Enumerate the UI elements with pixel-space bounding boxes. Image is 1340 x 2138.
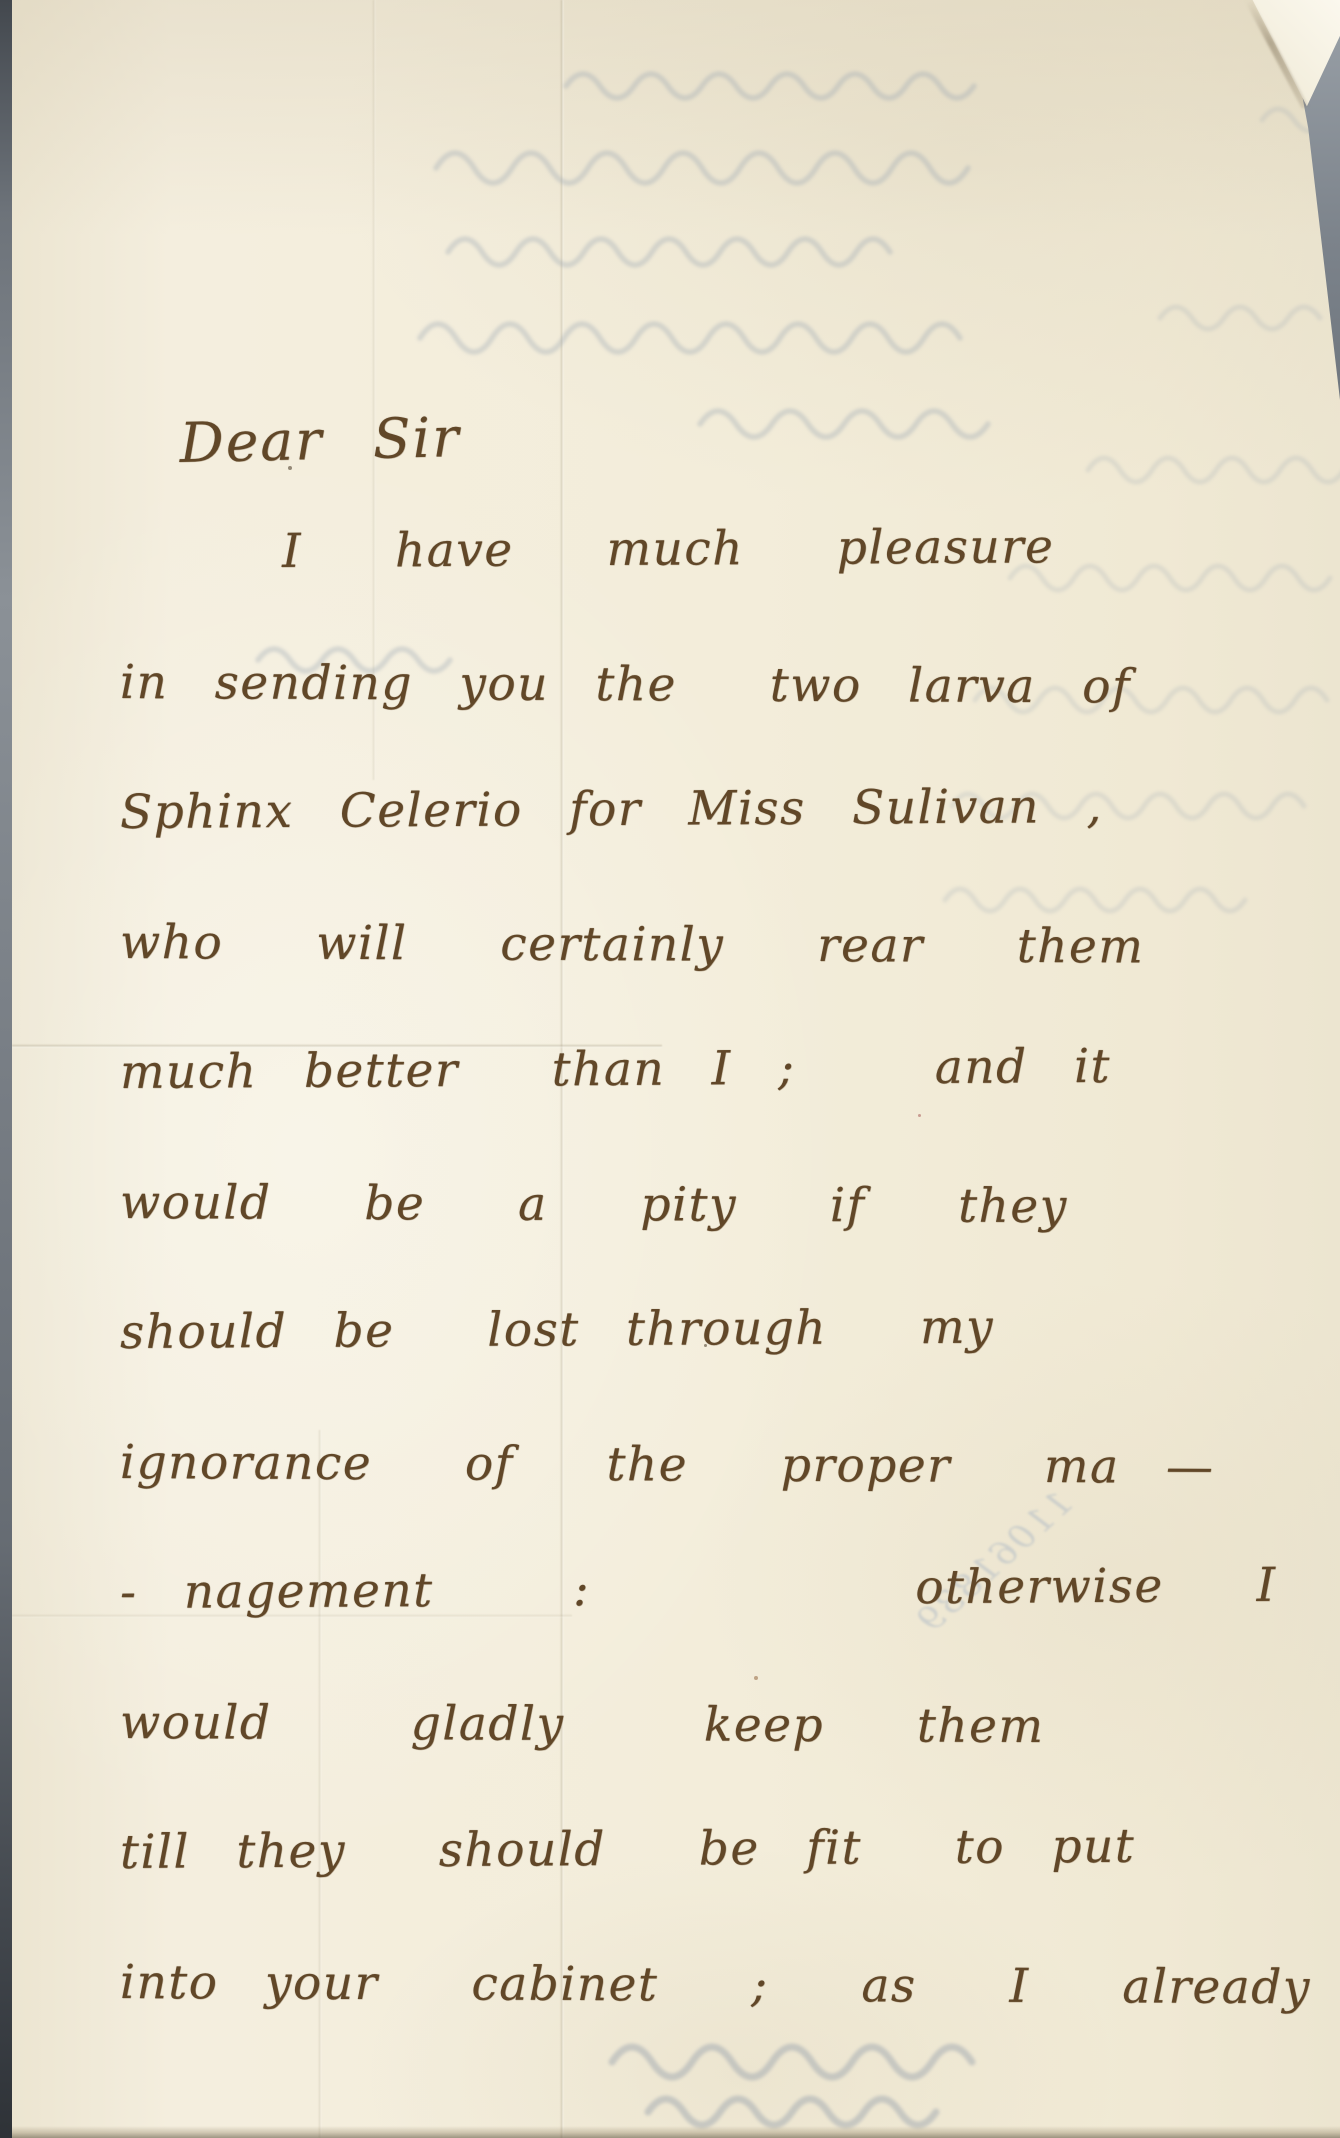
manuscript-line: till they should be fit to put <box>120 1781 1221 1918</box>
ink-speck <box>704 1344 707 1347</box>
manuscript-line: - nagement : otherwise I <box>120 1521 1221 1658</box>
manuscript-line: would gladly keep them <box>120 1658 1221 1793</box>
manuscript-line: ignorance of the proper ma — <box>120 1398 1221 1533</box>
manuscript-line: into your cabinet ; as I already <box>120 1918 1221 2053</box>
scan-background: 11061839 Dear Sir I have much pleasurein… <box>0 0 1340 2138</box>
letter-body: I have much pleasurein sending you the t… <box>120 488 1220 2048</box>
manuscript-line: who will certainly rear them <box>120 878 1221 1013</box>
ink-speck <box>918 1114 921 1117</box>
manuscript-line: I have much pleasure <box>120 481 1221 618</box>
ink-speck <box>754 1676 758 1680</box>
manuscript-line: would be a pity if they <box>120 1138 1221 1273</box>
paper-bottom-shadow <box>12 2126 1340 2138</box>
letter-page: 11061839 Dear Sir I have much pleasurein… <box>12 0 1340 2138</box>
manuscript-line: should be lost through my <box>120 1261 1221 1398</box>
manuscript-line: in sending you the two larva of <box>120 618 1221 753</box>
manuscript-line: much better than I ; and it <box>120 1001 1221 1138</box>
scan-edge-left <box>0 0 12 2138</box>
manuscript-line: Sphinx Celerio for Miss Sulivan , <box>120 741 1221 878</box>
ink-speck <box>288 466 292 470</box>
